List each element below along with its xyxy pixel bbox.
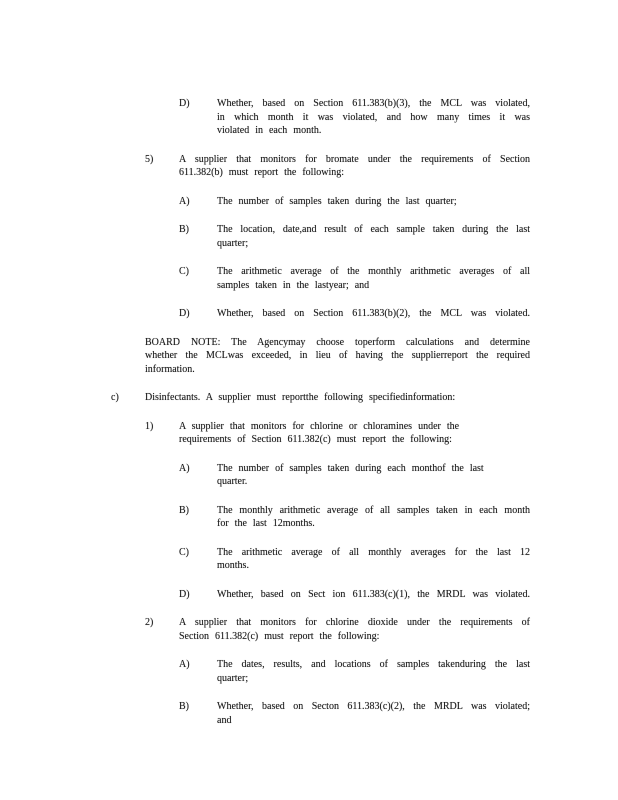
text-line: Whether, based on Secton 611.383(c)(2), … <box>217 700 530 714</box>
item-text: Whether, based on Secton 611.383(c)(2), … <box>217 700 530 727</box>
item-label: A) <box>179 462 190 476</box>
text-line: in which month it was violated, and how … <box>217 111 530 125</box>
list-item: D)Whether, based on Sect ion 611.383(c)(… <box>0 588 618 602</box>
list-item: D)Whether, based on Section 611.383(b)(3… <box>0 97 618 138</box>
text-line: Whether, based on Section 611.383(b)(2),… <box>217 307 530 321</box>
text-line: The monthly arithmetic average of all sa… <box>217 504 530 518</box>
text-line: for the last 12months. <box>217 517 530 531</box>
item-label: B) <box>179 700 189 714</box>
text-line: requirements of Section 611.382(c) must … <box>179 433 530 447</box>
text-line: quarter; <box>217 237 530 251</box>
text-line: Section 611.382(c) must report the follo… <box>179 630 530 644</box>
list-item: 2)A supplier that monitors for chlorine … <box>0 616 618 643</box>
text-line: The dates, results, and locations of sam… <box>217 658 530 672</box>
item-text: The number of samples taken during each … <box>217 462 530 489</box>
text-line: The arithmetic average of the monthly ar… <box>217 265 530 279</box>
item-label: 1) <box>145 420 153 434</box>
item-label: D) <box>179 97 190 111</box>
text-line: whether the MCLwas exceeded, in lieu of … <box>145 349 530 363</box>
text-line: A supplier that monitors for chlorine di… <box>179 616 530 630</box>
list-item: 1)A supplier that monitors for chlorine … <box>0 420 618 447</box>
list-item: C)The arithmetic average of all monthly … <box>0 546 618 573</box>
item-label: 2) <box>145 616 153 630</box>
list-item: B)The monthly arithmetic average of all … <box>0 504 618 531</box>
list-item: D)Whether, based on Section 611.383(b)(2… <box>0 307 618 321</box>
text-line: Whether, based on Sect ion 611.383(c)(1)… <box>217 588 530 602</box>
text-line: 611.382(b) must report the following: <box>179 166 530 180</box>
item-text: The dates, results, and locations of sam… <box>217 658 530 685</box>
text-line: The arithmetic average of all monthly av… <box>217 546 530 560</box>
text-line: Disinfectants. A supplier must reportthe… <box>145 391 530 405</box>
list-item: 5)A supplier that monitors for bromate u… <box>0 153 618 180</box>
item-text: The monthly arithmetic average of all sa… <box>217 504 530 531</box>
text-line: BOARD NOTE: The Agencymay choose toperfo… <box>145 336 530 350</box>
text-line: The location, date,and result of each sa… <box>217 223 530 237</box>
item-text: Disinfectants. A supplier must reportthe… <box>145 391 530 405</box>
list-item: B)Whether, based on Secton 611.383(c)(2)… <box>0 700 618 727</box>
item-label: c) <box>111 391 119 405</box>
item-label: C) <box>179 265 189 279</box>
text-line: Whether, based on Section 611.383(b)(3),… <box>217 97 530 111</box>
item-text: BOARD NOTE: The Agencymay choose toperfo… <box>145 336 530 377</box>
text-line: The number of samples taken during the l… <box>217 195 530 209</box>
list-item: A)The dates, results, and locations of s… <box>0 658 618 685</box>
text-line: quarter; <box>217 672 530 686</box>
text-line: quarter. <box>217 475 530 489</box>
list-item: A)The number of samples taken during eac… <box>0 462 618 489</box>
item-label: C) <box>179 546 189 560</box>
list-item: B)The location, date,and result of each … <box>0 223 618 250</box>
item-label: A) <box>179 195 190 209</box>
item-label: B) <box>179 223 189 237</box>
item-text: The arithmetic average of the monthly ar… <box>217 265 530 292</box>
item-text: The arithmetic average of all monthly av… <box>217 546 530 573</box>
list-item: c)Disinfectants. A supplier must reportt… <box>0 391 618 405</box>
item-label: B) <box>179 504 189 518</box>
text-line: and <box>217 714 530 728</box>
text-line: information. <box>145 363 530 377</box>
text-line: A supplier that monitors for bromate und… <box>179 153 530 167</box>
item-text: A supplier that monitors for chlorine or… <box>179 420 530 447</box>
document-page: D)Whether, based on Section 611.383(b)(3… <box>0 0 618 800</box>
item-text: A supplier that monitors for chlorine di… <box>179 616 530 643</box>
text-line: violated in each month. <box>217 124 530 138</box>
document-body: D)Whether, based on Section 611.383(b)(3… <box>0 97 618 742</box>
item-label: A) <box>179 658 190 672</box>
text-line: The number of samples taken during each … <box>217 462 530 476</box>
item-text: A supplier that monitors for bromate und… <box>179 153 530 180</box>
item-label: D) <box>179 588 190 602</box>
item-text: The number of samples taken during the l… <box>217 195 530 209</box>
item-label: D) <box>179 307 190 321</box>
item-label: 5) <box>145 153 153 167</box>
item-text: Whether, based on Section 611.383(b)(2),… <box>217 307 530 321</box>
board-note-paragraph: BOARD NOTE: The Agencymay choose toperfo… <box>0 336 618 377</box>
list-item: A)The number of samples taken during the… <box>0 195 618 209</box>
text-line: A supplier that monitors for chlorine or… <box>179 420 530 434</box>
list-item: C)The arithmetic average of the monthly … <box>0 265 618 292</box>
item-text: Whether, based on Sect ion 611.383(c)(1)… <box>217 588 530 602</box>
text-line: months. <box>217 559 530 573</box>
item-text: The location, date,and result of each sa… <box>217 223 530 250</box>
item-text: Whether, based on Section 611.383(b)(3),… <box>217 97 530 138</box>
text-line: samples taken in the lastyear; and <box>217 279 530 293</box>
